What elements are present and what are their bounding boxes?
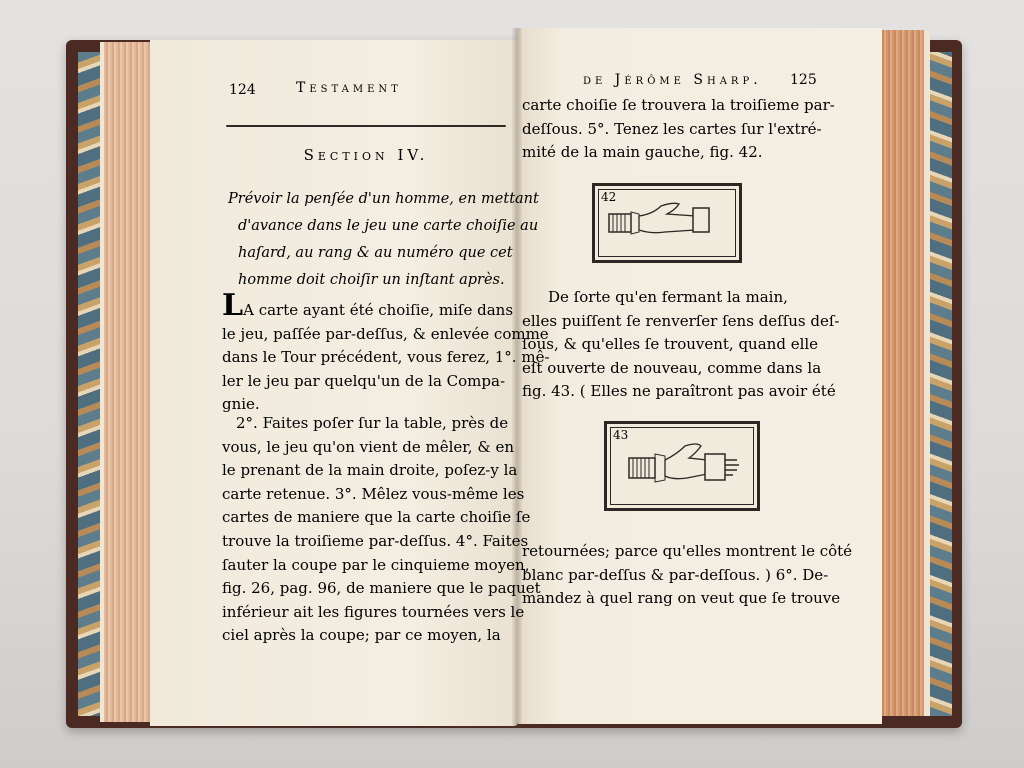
text-line: mandez à quel rang on veut que ſe trouve [522,587,822,611]
text-line: le jeu, paſſée par-deſſus, & enlevée com… [222,323,512,347]
running-head-left: Testament [296,80,402,96]
text-line: vous, le jeu qu'on vient de mêler, & en [222,436,512,460]
right-text-middle: De ſorte qu'en fermant la main, elles pu… [522,286,822,404]
text-line: eſt ouverte de nouveau, comme dans la [522,357,822,381]
drop-cap: L [222,288,243,323]
right-text-bottom: retournées; parce qu'elles montrent le c… [522,540,822,611]
text-line: trouve la troiſieme par-deſſus. 4°. Fait… [222,530,512,554]
text-line: ler le jeu par quelqu'un de la Compa- [222,370,512,394]
heading-line: d'avance dans le jeu une carte choiſie a… [228,213,510,240]
text-line: carte choiſie ſe trouvera la troiſieme p… [522,94,822,118]
text-line: ſauter la coupe par le cinquieme moyen, [222,554,512,578]
hand-illustration-icon [607,424,757,508]
heading-line: homme doit choiſir un inſtant après. [228,267,510,294]
paragraph-2: 2°. Faites poſer ſur la table, près de v… [222,412,512,648]
figure-43: 43 [604,421,760,511]
section-title: Section IV. [226,146,506,164]
page-number-right: 125 [790,72,817,88]
text-line: A carte ayant été choiſie, miſe dans [243,301,513,319]
section-italic-heading: Prévoir la penſée d'un homme, en mettant… [228,186,510,294]
hand-illustration-icon [595,186,739,260]
text-line: fig. 43. ( Elles ne paraîtront pas avoir… [522,380,822,404]
text-line: elles puiſſent ſe renverſer ſens deſſus … [522,310,822,334]
text-line: mité de la main gauche, fig. 42. [522,141,822,165]
text-line: cartes de maniere que la carte choiſie ſ… [222,506,512,530]
book-gutter [512,28,522,728]
text-line: carte retenue. 3°. Mêlez vous-même les [222,483,512,507]
right-text-top: carte choiſie ſe trouvera la troiſieme p… [522,94,822,165]
text-line: le prenant de la main droite, poſez-y la [222,459,512,483]
page-edges-right [880,30,930,716]
text-line: ciel après la coupe; par ce moyen, la [222,624,512,648]
text-line: retournées; parce qu'elles montrent le c… [522,540,822,564]
text-line: ſous, & qu'elles ſe trouvent, quand elle [522,333,822,357]
page-number-left: 124 [229,82,256,98]
text-line: fig. 26, pag. 96, de maniere que le paqu… [222,577,512,601]
figure-42: 42 [592,183,742,263]
text-line: De ſorte qu'en fermant la main, [522,286,822,310]
text-line: blanc par-deſſus & par-deſſous. ) 6°. De… [522,564,822,588]
text-line: deſſous. 5°. Tenez les cartes ſur l'extr… [522,118,822,142]
heading-line: haſard, au rang & au numéro que cet [228,240,510,267]
text-line: dans le Tour précédent, vous ferez, 1°. … [222,346,512,370]
running-head-right: de Jérôme Sharp. [583,72,762,88]
paragraph-1: LA carte ayant été choiſie, miſe dans le… [222,296,512,417]
heading-line: Prévoir la penſée d'un homme, en mettant [228,186,510,213]
text-line: inférieur ait les figures tournées vers … [222,601,512,625]
text-line: 2°. Faites poſer ſur la table, près de [222,412,512,436]
header-rule [226,125,506,127]
